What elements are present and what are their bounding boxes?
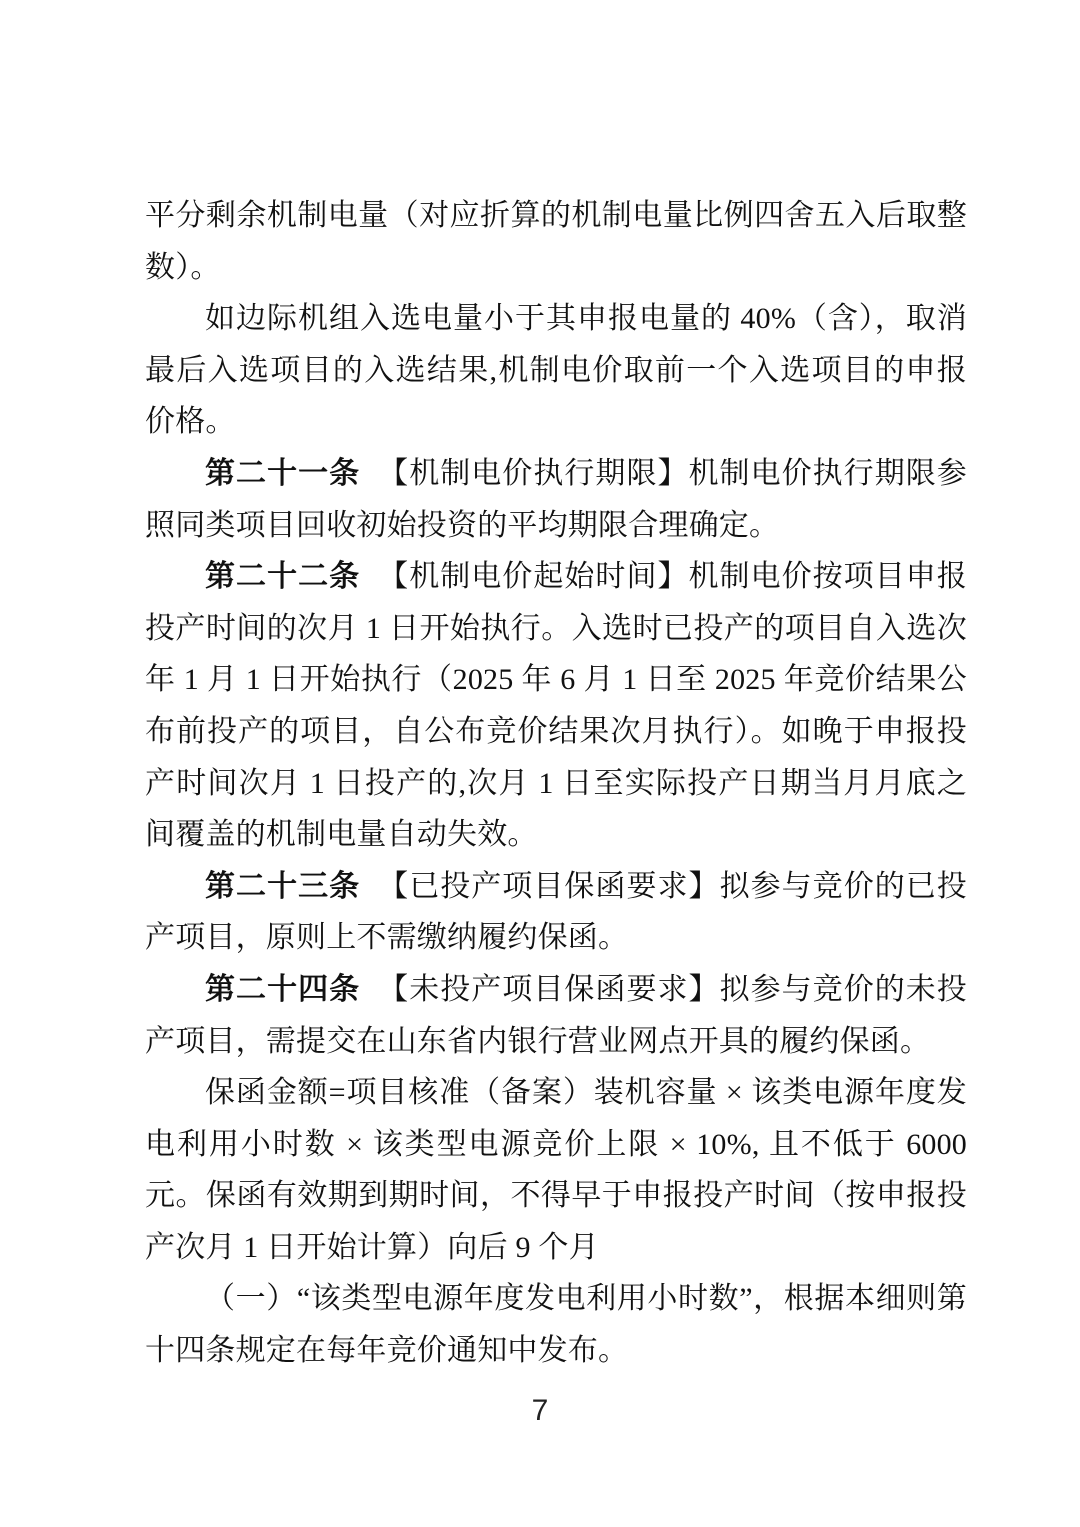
document-body: 平分剩余机制电量（对应折算的机制电量比例四舍五入后取整数）。 如边际机组入选电量… xyxy=(145,190,967,1377)
page-number: 7 xyxy=(0,1393,1080,1429)
article-22-title: 【机制电价起始时间】 xyxy=(378,560,688,593)
article-23-number: 第二十三条 xyxy=(205,870,360,903)
paragraph-item-1: （一）“该类型电源年度发电利用小时数”，根据本细则第十四条规定在每年竞价通知中发… xyxy=(145,1273,967,1376)
article-21-title: 【机制电价执行期限】 xyxy=(378,457,688,490)
article-24-number: 第二十四条 xyxy=(205,973,360,1006)
article-22: 第二十二条【机制电价起始时间】机制电价按项目申报投产时间的次月 1 日开始执行。… xyxy=(145,551,967,861)
article-24: 第二十四条【未投产项目保函要求】拟参与竞价的未投产项目，需提交在山东省内银行营业… xyxy=(145,964,967,1067)
document-page: 平分剩余机制电量（对应折算的机制电量比例四舍五入后取整数）。 如边际机组入选电量… xyxy=(0,0,1080,1527)
paragraph-guarantee-amount: 保函金额=项目核准（备案）装机容量 × 该类电源年度发电利用小时数 × 该类型电… xyxy=(145,1067,967,1273)
article-23-title: 【已投产项目保函要求】 xyxy=(378,870,719,903)
article-21-number: 第二十一条 xyxy=(205,457,360,490)
article-21: 第二十一条【机制电价执行期限】机制电价执行期限参照同类项目回收初始投资的平均期限… xyxy=(145,448,967,551)
article-22-text: 机制电价按项目申报投产时间的次月 1 日开始执行。入选时已投产的项目自入选次年 … xyxy=(145,560,967,851)
article-24-title: 【未投产项目保函要求】 xyxy=(378,973,719,1006)
paragraph-marginal-unit-rule: 如边际机组入选电量小于其申报电量的 40%（含），取消最后入选项目的入选结果,机… xyxy=(145,293,967,448)
article-22-number: 第二十二条 xyxy=(205,560,360,593)
paragraph-continuation: 平分剩余机制电量（对应折算的机制电量比例四舍五入后取整数）。 xyxy=(145,190,967,293)
article-23: 第二十三条【已投产项目保函要求】拟参与竞价的已投产项目，原则上不需缴纳履约保函。 xyxy=(145,861,967,964)
